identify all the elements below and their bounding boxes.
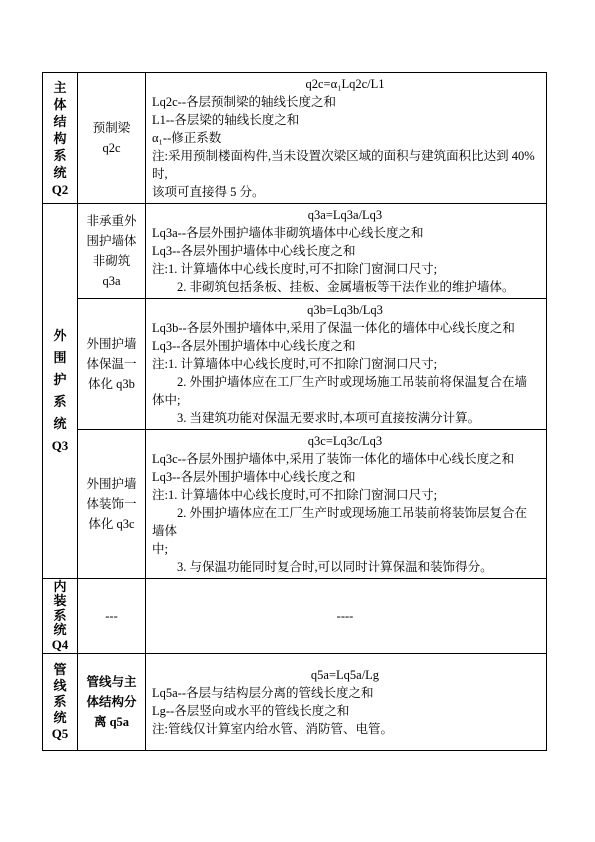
content-cell-q5a: q5a=Lq5a/Lg Lq5a--各层与结构层分离的管线长度之和 Lg--各层… — [146, 654, 547, 751]
item-cell-q5a: 管线与主 体结构分 离 q5a — [78, 654, 146, 751]
row-q4: 内 装 系 统 Q4 --- ---- — [43, 579, 547, 654]
formula-q3c: q3c=Lq3c/Lq3 — [152, 432, 538, 450]
system-cell-q2: 主 体 结 构 系 统 Q2 — [43, 73, 78, 204]
content-cell-q3a: q3a=Lq3a/Lq3 Lq3a--各层外围护墙体非砌筑墙体中心线长度之和 L… — [146, 204, 547, 299]
system-cell-q4: 内 装 系 统 Q4 — [43, 579, 78, 654]
item-cell-q3c: 外围护墙 体装饰一 体化 q3c — [78, 430, 146, 579]
formula-q2c: q2c=α₁Lq2c/L1 — [152, 75, 538, 93]
item-cell-q4: --- — [78, 579, 146, 654]
item-cell-q2c: 预制梁 q2c — [78, 73, 146, 204]
notes-q3a: Lq3a--各层外围护墙体非砌筑墙体中心线长度之和 Lq3--各层外围护墙体中心… — [152, 224, 538, 296]
item-cell-q3b: 外围护墙 体保温一 体化 q3b — [78, 299, 146, 430]
content-cell-q3b: q3b=Lq3b/Lq3 Lq3b--各层外围护墙体中,采用了保温一体化的墙体中… — [146, 299, 547, 430]
content-cell-q3c: q3c=Lq3c/Lq3 Lq3c--各层外围护墙体中,采用了装饰一体化的墙体中… — [146, 430, 547, 579]
formula-q3b: q3b=Lq3b/Lq3 — [152, 301, 538, 319]
row-q3b: 外围护墙 体保温一 体化 q3b q3b=Lq3b/Lq3 Lq3b--各层外围… — [43, 299, 547, 430]
notes-q3c: Lq3c--各层外围护墙体中,采用了装饰一体化的墙体中心线长度之和 Lq3--各… — [152, 450, 538, 576]
content-cell-q4: ---- — [146, 579, 547, 654]
formula-q5a: q5a=Lq5a/Lg — [152, 666, 538, 684]
formula-q3a: q3a=Lq3a/Lq3 — [152, 206, 538, 224]
row-q5a: 管 线 系 统 Q5 管线与主 体结构分 离 q5a q5a=Lq5a/Lg L… — [43, 654, 547, 751]
notes-q5a: Lq5a--各层与结构层分离的管线长度之和 Lg--各层竖向或水平的管线长度之和… — [152, 684, 538, 738]
row-q3c: 外围护墙 体装饰一 体化 q3c q3c=Lq3c/Lq3 Lq3c--各层外围… — [43, 430, 547, 579]
system-cell-q3: 外 围 护 系 统 Q3 — [43, 204, 78, 579]
item-cell-q3a: 非承重外 围护墙体 非砌筑 q3a — [78, 204, 146, 299]
scoring-criteria-table: 主 体 结 构 系 统 Q2 预制梁 q2c q2c=α₁Lq2c/L1 Lq2… — [42, 72, 547, 751]
system-cell-q5: 管 线 系 统 Q5 — [43, 654, 78, 751]
row-q3a: 外 围 护 系 统 Q3 非承重外 围护墙体 非砌筑 q3a q3a=Lq3a/… — [43, 204, 547, 299]
notes-q2c: Lq2c--各层预制梁的轴线长度之和 L1--各层梁的轴线长度之和 α₁--修正… — [152, 93, 538, 201]
placeholder-dash-q4: ---- — [152, 607, 538, 625]
content-cell-q2c: q2c=α₁Lq2c/L1 Lq2c--各层预制梁的轴线长度之和 L1--各层梁… — [146, 73, 547, 204]
notes-q3b: Lq3b--各层外围护墙体中,采用了保温一体化的墙体中心线长度之和 Lq3--各… — [152, 319, 538, 427]
row-q2c: 主 体 结 构 系 统 Q2 预制梁 q2c q2c=α₁Lq2c/L1 Lq2… — [43, 73, 547, 204]
